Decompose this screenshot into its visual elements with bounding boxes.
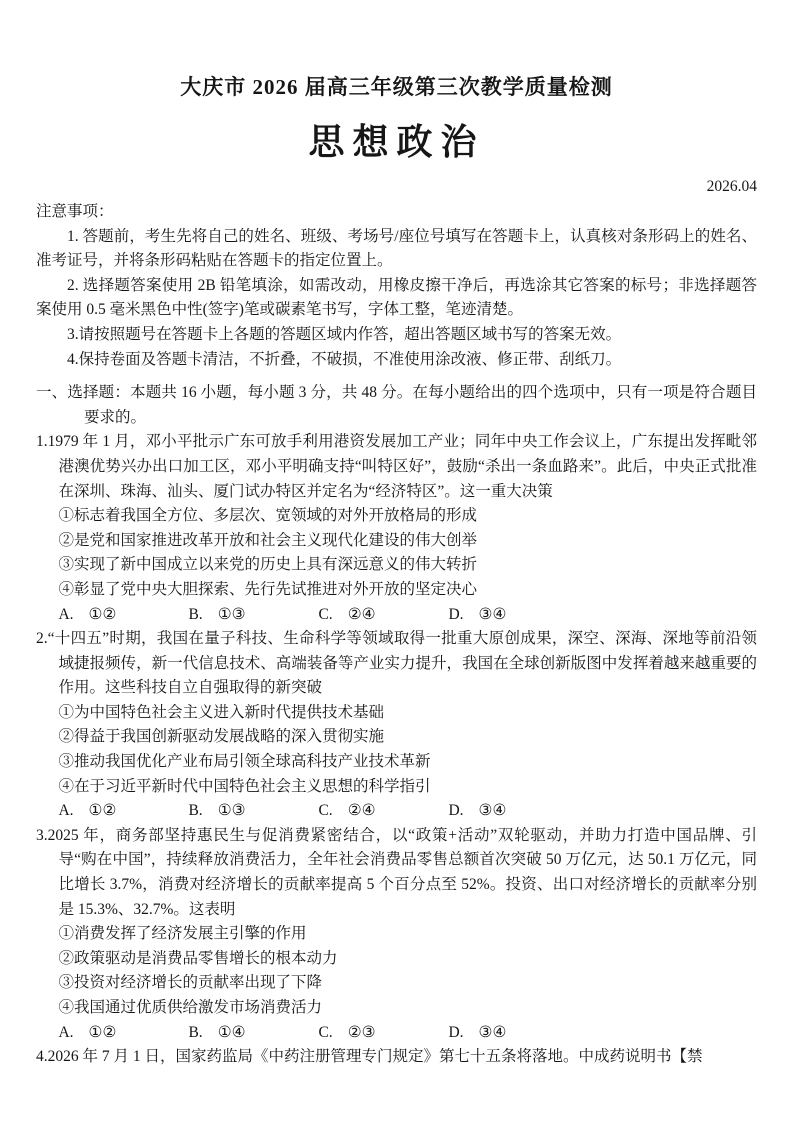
option-c: C.②④ <box>318 799 448 824</box>
option-d: D.③④ <box>448 603 506 628</box>
question-1-stem: 1.1979 年 1 月，邓小平批示广东可放手利用港资发展加工产业；同年中央工作… <box>36 430 757 504</box>
notices-section: 注意事项： 1. 答题前，考生先将自己的姓名、班级、考场号/座位号填写在答题卡上… <box>36 200 757 372</box>
option-d-value: ③④ <box>479 802 507 819</box>
question-2: 2.“十四五”时期，我国在量子科技、生命科学等领域取得一批重大原创成果，深空、深… <box>36 627 757 824</box>
notice-item-3: 3.请按照题号在答题卡上各题的答题区域内作答，超出答题区域书写的答案无效。 <box>36 323 757 348</box>
option-c: C.②④ <box>318 603 448 628</box>
option-a-value: ①② <box>89 802 117 819</box>
option-a-value: ①② <box>89 606 117 623</box>
option-a-value: ①② <box>89 1024 117 1041</box>
option-b-value: ①④ <box>218 1024 246 1041</box>
option-a: A.①② <box>58 603 188 628</box>
option-c-label: C. <box>318 603 332 628</box>
question-2-choice-1: ①为中国特色社会主义进入新时代提供技术基础 <box>36 701 757 726</box>
subject-title: 思想政治 <box>36 120 757 164</box>
option-c-label: C. <box>318 1021 332 1046</box>
question-1: 1.1979 年 1 月，邓小平批示广东可放手利用港资发展加工产业；同年中央工作… <box>36 430 757 627</box>
multiple-choice-section: 一、选择题：本题共 16 小题，每小题 3 分，共 48 分。在每小题给出的四个… <box>36 381 757 1070</box>
option-c-value: ②④ <box>348 606 376 623</box>
exam-date: 2026.04 <box>36 176 757 198</box>
question-1-choice-3: ③实现了新中国成立以来党的历史上具有深远意义的伟大转折 <box>36 553 757 578</box>
option-b-label: B. <box>188 603 202 628</box>
question-4-stem: 4.2026 年 7 月 1 日，国家药监局《中药注册管理专门规定》第七十五条将… <box>36 1045 757 1070</box>
question-3-stem: 3.2025 年，商务部坚持惠民生与促消费紧密结合，以“政策+活动”双轮驱动，并… <box>36 824 757 922</box>
option-d: D.③④ <box>448 1021 506 1046</box>
question-1-options: A.①② B.①③ C.②④ D.③④ <box>36 603 757 628</box>
notice-item-4: 4.保持卷面及答题卡清洁，不折叠，不破损，不准使用涂改液、修正带、刮纸刀。 <box>36 348 757 373</box>
question-1-choice-4: ④彰显了党中央大胆探索、先行先试推进对外开放的坚定决心 <box>36 578 757 603</box>
notice-item-2: 2. 选择题答案使用 2B 铅笔填涂，如需改动，用橡皮擦干净后，再选涂其它答案的… <box>36 274 757 323</box>
option-b: B.①③ <box>188 799 318 824</box>
exam-title: 大庆市 2026 届高三年级第三次教学质量检测 <box>36 74 757 100</box>
option-b-value: ①③ <box>218 606 246 623</box>
option-d-value: ③④ <box>479 606 507 623</box>
notice-item-1: 1. 答题前，考生先将自己的姓名、班级、考场号/座位号填写在答题卡上，认真核对条… <box>36 225 757 274</box>
option-a: A.①② <box>58 799 188 824</box>
question-2-choice-2: ②得益于我国创新驱动发展战略的深入贯彻实施 <box>36 725 757 750</box>
option-d-label: D. <box>448 1021 463 1046</box>
question-3-choice-4: ④我国通过优质供给激发市场消费活力 <box>36 996 757 1021</box>
question-2-options: A.①② B.①③ C.②④ D.③④ <box>36 799 757 824</box>
notices-heading: 注意事项： <box>36 200 757 225</box>
option-c-value: ②④ <box>348 802 376 819</box>
option-b-label: B. <box>188 799 202 824</box>
option-a-label: A. <box>58 603 73 628</box>
question-3: 3.2025 年，商务部坚持惠民生与促消费紧密结合，以“政策+活动”双轮驱动，并… <box>36 824 757 1045</box>
option-a-label: A. <box>58 1021 73 1046</box>
option-a: A.①② <box>58 1021 188 1046</box>
option-a-label: A. <box>58 799 73 824</box>
question-2-choice-3: ③推动我国优化产业布局引领全球高科技产业技术革新 <box>36 750 757 775</box>
question-2-choice-4: ④在于习近平新时代中国特色社会主义思想的科学指引 <box>36 775 757 800</box>
option-d: D.③④ <box>448 799 506 824</box>
option-b: B.①④ <box>188 1021 318 1046</box>
option-b-label: B. <box>188 1021 202 1046</box>
question-2-stem: 2.“十四五”时期，我国在量子科技、生命科学等领域取得一批重大原创成果，深空、深… <box>36 627 757 701</box>
option-c: C.②③ <box>318 1021 448 1046</box>
question-3-choice-1: ①消费发挥了经济发展主引擎的作用 <box>36 922 757 947</box>
option-b-value: ①③ <box>218 802 246 819</box>
section-heading: 一、选择题：本题共 16 小题，每小题 3 分，共 48 分。在每小题给出的四个… <box>36 381 757 430</box>
question-3-choice-2: ②政策驱动是消费品零售增长的根本动力 <box>36 947 757 972</box>
option-c-label: C. <box>318 799 332 824</box>
question-1-choice-2: ②是党和国家推进改革开放和社会主义现代化建设的伟大创举 <box>36 529 757 554</box>
option-d-value: ③④ <box>479 1024 507 1041</box>
option-c-value: ②③ <box>348 1024 376 1041</box>
option-b: B.①③ <box>188 603 318 628</box>
question-4: 4.2026 年 7 月 1 日，国家药监局《中药注册管理专门规定》第七十五条将… <box>36 1045 757 1070</box>
question-3-options: A.①② B.①④ C.②③ D.③④ <box>36 1021 757 1046</box>
option-d-label: D. <box>448 799 463 824</box>
exam-page: 大庆市 2026 届高三年级第三次教学质量检测 思想政治 2026.04 注意事… <box>0 0 793 1121</box>
question-1-choice-1: ①标志着我国全方位、多层次、宽领域的对外开放格局的形成 <box>36 504 757 529</box>
option-d-label: D. <box>448 603 463 628</box>
question-3-choice-3: ③投资对经济增长的贡献率出现了下降 <box>36 971 757 996</box>
